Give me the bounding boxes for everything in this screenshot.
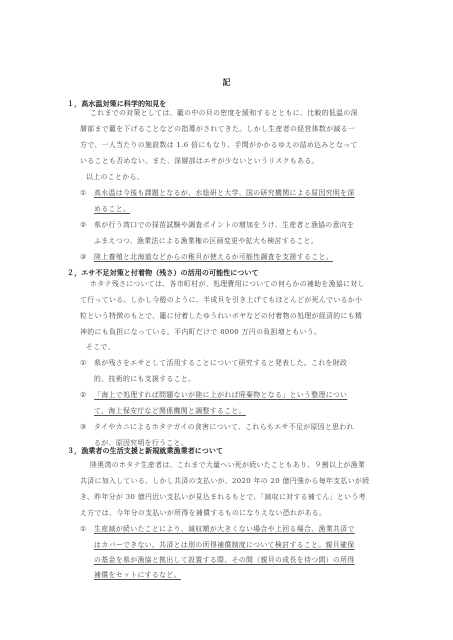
section-1-paragraph-line: 層部まで籠を下げることなどの指導がされてきた。しかし生産者の経営体数が減る一 bbox=[80, 124, 355, 134]
section-1-item-1-line: 高水温は今後も課題となるが、水総研と大学、国の研究機関による原因究明を深 bbox=[94, 188, 355, 198]
section-2-paragraph-line: て行っている。しかし今般のように、半成貝を引き上げてもほとんどが死んでいるか小 bbox=[80, 295, 362, 305]
item-marker: ③ bbox=[80, 422, 86, 432]
section-1-paragraph-line: 方で、一人当たりの施設数は 1.6 倍にもなり、手間がかかるゆえの詰め込みとなっ… bbox=[80, 140, 358, 150]
section-3-paragraph-line: き、昨年分が 30 億円近い支払いが見込まれるもとで、「減収に対する補てん」とい… bbox=[80, 492, 366, 502]
section-3-paragraph-line: 共済に加入している。しかし共済の支払いが、2020 年の 20 億円強から毎年支… bbox=[80, 476, 369, 486]
section-2-paragraph-line: 粒という特徴のもとで、籠に付着したゆうれいボヤなどの付着物の処理が経済的にも精 bbox=[80, 311, 362, 321]
item-marker: ① bbox=[80, 358, 86, 368]
section-3-heading: ３，漁業者の生活支援と新規就業漁業者について bbox=[67, 446, 223, 456]
section-3-item-1-line: はカバーできない。共済とは別の所得補償制度について検討すること。親貝確保 bbox=[94, 540, 355, 550]
section-3-item-1-line: 生産減が続いたことにより、減収額が大きくない場合や上回る場合、漁業共済で bbox=[94, 524, 355, 534]
document-title: 記 bbox=[0, 77, 453, 88]
section-3-paragraph-line: 陸奥湾のホタテ生産者は、これまで大量へい死が続いたこともあり、９割以上が漁業 bbox=[90, 460, 365, 470]
section-2-item-3-line: タイやカニによるホタテガイの食害について、これらもエサ不足が原因と思われ bbox=[94, 422, 354, 432]
section-2-paragraph-line: 神的にも負担になっている。平内町だけで 8000 万円の負担増ともいう。 bbox=[80, 327, 321, 337]
item-marker: ③ bbox=[80, 252, 86, 262]
section-1-paragraph-line: いることも否めない。また、深層部はエサが少ないというリスクもある。 bbox=[80, 156, 319, 166]
section-2-item-2-line: 「海上で処理すれば問題ないが陸に上がれば廃棄物となる」という整理につい bbox=[94, 390, 347, 400]
section-1-item-2-line: 県が行う湾口での採苗試験や調査ポイントの増加をうけ、生産者と漁協の意向を bbox=[94, 220, 354, 230]
item-marker: ① bbox=[80, 524, 86, 534]
item-marker: ② bbox=[80, 220, 86, 230]
section-1-paragraph-line: これまでの対策としては、籠の中の貝の密度を緩和するとともに、比較的低温の深 bbox=[90, 108, 358, 118]
section-1-item-3-line: 陸上養殖と北海道などからの稚貝が使えるか可能性調査を支援すること。 bbox=[94, 252, 333, 262]
section-2-paragraph-line: ホタテ残さについては、各市町村が、処理費用についての何らかの補助を漁協に対し bbox=[90, 279, 365, 289]
section-2-item-2-line: て、海上保安庁など関係機関と調整すること。 bbox=[94, 406, 246, 416]
section-2-lead-in: そこで、 bbox=[86, 342, 115, 352]
section-1-lead-in: 以上のことから、 bbox=[86, 172, 144, 182]
document-page: 記 １，高水温対策に科学的知見を これまでの対策としては、籠の中の貝の密度を緩和… bbox=[0, 0, 453, 640]
section-2-item-1-line: 県が残さをエサとして活用することについて研究すると発表した。これを財政 bbox=[94, 358, 347, 368]
section-3-paragraph-line: え方では、今年分の支払いが所得を補償するものになりえない恐れがある。 bbox=[80, 508, 326, 518]
section-1-item-2-line: ふまえつつ、漁業法による漁業権の区画変更や拡大も検討すること。 bbox=[94, 236, 318, 246]
item-marker: ① bbox=[80, 188, 86, 198]
section-3-item-1-line: の基金を県が漁協と拠出して設置する際、その間（親貝の成長を待つ間）の所得 bbox=[94, 555, 355, 565]
section-2-item-1-line: 的、技術的にも支援すること。 bbox=[94, 374, 195, 384]
section-1-item-1-line: めること。 bbox=[94, 204, 130, 214]
section-2-heading: ２，エサ不足対策と付着物（残さ）の活用の可能性について bbox=[67, 268, 259, 278]
item-marker: ② bbox=[80, 390, 86, 400]
section-3-item-1-line: 補償をセットにするなど。 bbox=[94, 570, 181, 580]
